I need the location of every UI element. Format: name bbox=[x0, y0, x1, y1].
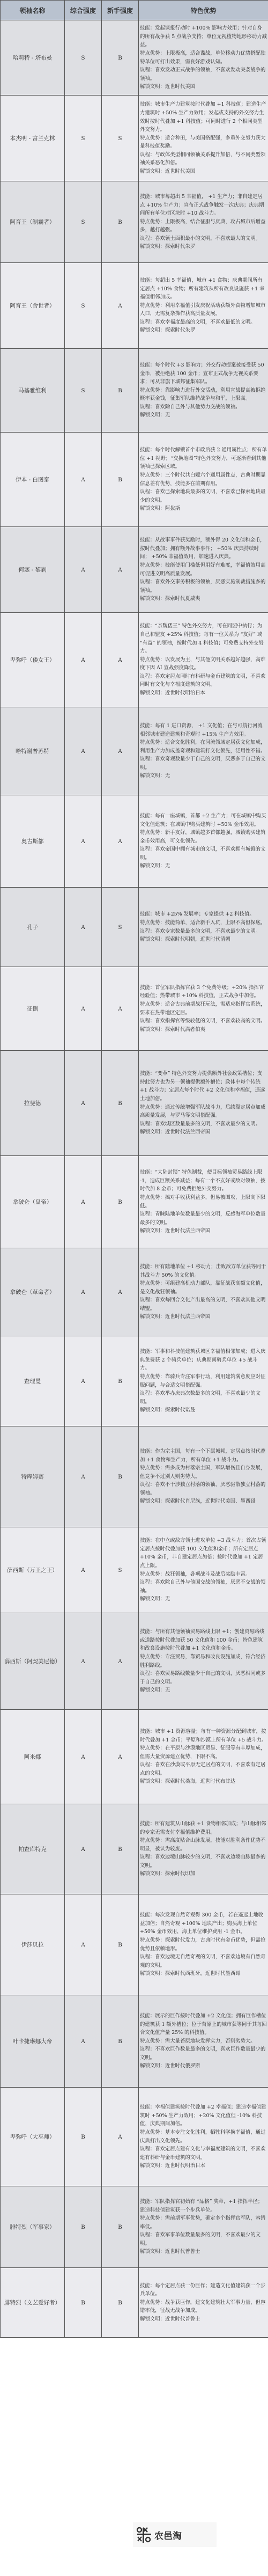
table-row: 何塞 - 黎刹AA技能：从故事事件获奖励时，额外得 20 文化值和金币，按时代叠… bbox=[1, 527, 268, 613]
feature-skill: 技能：城市 +1 资源容量；每有一种资源分配到城市，按时代叠加 +1 金币；平原… bbox=[140, 1728, 267, 1744]
overall-grade: A bbox=[65, 1527, 102, 1613]
leader-name: 马基雅维利 bbox=[1, 349, 65, 433]
feature-unlock: 解锁文明：无 bbox=[140, 411, 267, 420]
newbie-grade: B bbox=[102, 1156, 139, 1248]
feature-description: 技能：在中立或敌方领土进攻单位 +3 战斗力；首次占领定居点按时代叠加获 100… bbox=[139, 1527, 268, 1613]
feature-description: 技能：城市 +1 资源容量；每有一种资源分配到城市，按时代叠加 +1 金币；平原… bbox=[139, 1710, 268, 1804]
overall-grade: A bbox=[65, 1248, 102, 1336]
newbie-grade: B bbox=[102, 2268, 139, 2338]
overall-grade: S bbox=[65, 181, 102, 263]
table-row: 阿育王（制霸者）SB技能：城市每超出 5 幸福值， +1 生产力；非自建定居点 … bbox=[1, 181, 268, 263]
leader-name: 薛西斯（阿契美尼德） bbox=[1, 1613, 65, 1710]
feature-unlock: 解锁文明：近世时代法兰西帝国 bbox=[140, 1313, 267, 1321]
leader-name: 孔子 bbox=[1, 888, 65, 967]
newbie-grade: B bbox=[102, 20, 139, 96]
table-row: 奥古斯都AA技能：每有一座城镇，首都 +2 生产力；可在城镇中购买文化值建筑；在… bbox=[1, 795, 268, 888]
leader-name: 卑弥呼（大巫师） bbox=[1, 2088, 65, 2186]
feature-advantage: 特点优势：可组建高机动力部队，靠征战获高额文化值，是文化战狂领袖。 bbox=[140, 1279, 267, 1296]
feature-agenda: 议程：喜欢奇观数量少于自己的文明，厌恶多于自己的文明。 bbox=[140, 755, 267, 772]
feature-unlock: 解锁文明：近世时代普鲁士 bbox=[140, 2248, 267, 2256]
feature-unlock: 解锁文明：近世时代法兰西帝国 bbox=[140, 1128, 267, 1137]
feature-description: 技能：幸福值建筑按时代叠加 +2 幸福值；建造幸福值建筑时 +50% 生产力效用… bbox=[139, 2088, 268, 2186]
feature-skill: 技能：每个时代解锁首个市政后获 2 通用属性点；所有单位 +1 视野；“交换地图… bbox=[140, 446, 267, 471]
feature-description: 技能：军事和科技值建筑获城区幸福值相邻加成；进入庆典免费获 2 个骑兵单位；庆典… bbox=[139, 1336, 268, 1426]
watermark: 农邑淘 bbox=[133, 2522, 217, 2547]
overall-grade: B bbox=[65, 2088, 102, 2186]
overall-grade: A bbox=[65, 1995, 102, 2088]
newbie-grade: B bbox=[102, 349, 139, 433]
overall-grade: A bbox=[65, 1710, 102, 1804]
feature-skill: 技能：每超出 5 幸福值，城市 +1 食物；庆典期间所有定居点 +10% 食物；… bbox=[140, 276, 267, 302]
feature-advantage: 特点优势：技能使用门槛低但用好有难度，幸福值效用高可促进文明高质量发展。 bbox=[140, 561, 267, 578]
table-row: 伊莎贝拉AB技能：每次发现自然奇观得 300 金币，若在遥远土地收益加倍；自然奇… bbox=[1, 1894, 268, 1995]
newbie-grade: B bbox=[102, 1995, 139, 2088]
table-row: 阿育王（舍世者）SA技能：每超出 5 幸福值，城市 +1 食物；庆典期间所有定居… bbox=[1, 263, 268, 349]
feature-advantage: 特点优势：靠影响力进行外交活动，利用宣战提高被拒绝概率获金钱，征集军队维持战争与… bbox=[140, 386, 267, 403]
feature-unlock: 解锁文明：探索时代肖尼族，近世时代美国、墨西哥 bbox=[140, 1497, 267, 1506]
feature-description: 技能：每次发现自然奇观得 300 金币，若在遥远土地收益加倍；自然奇观 +100… bbox=[139, 1894, 268, 1995]
feature-unlock: 解锁文明：近世时代美国 bbox=[140, 167, 267, 176]
table-row: 伊本 - 白图泰AB技能：每个时代解锁首个市政后获 2 通用属性点；所有单位 +… bbox=[1, 433, 268, 527]
feature-description: 技能：展示的巨作按时代叠加 +2 文化值；拥有巨作槽位的建筑获 1 额外槽位；位… bbox=[139, 1995, 268, 2088]
leader-name: 帕查库特克 bbox=[1, 1804, 65, 1894]
overall-grade: B bbox=[65, 2186, 102, 2268]
leader-name: 卑弥呼（倭女王） bbox=[1, 613, 65, 707]
table-row: 薛西斯（万王之王）AS技能：在中立或敌方领土进攻单位 +3 战斗力；首次占领定居… bbox=[1, 1527, 268, 1613]
feature-description: 技能：发起谍报行动时 +100% 影响力效用；针对自身的所有战争获 5 点战争支… bbox=[139, 20, 268, 96]
overall-grade: A bbox=[65, 613, 102, 707]
feature-advantage: 特点优势：需高度贴合山脉发展，技能对胜利条件优势不明显，被认为较废。 bbox=[140, 1836, 267, 1853]
feature-agenda: 议程：喜欢每回合文化产出最高的文明，不喜欢其他文明结盟。 bbox=[140, 1296, 267, 1313]
feature-description: 技能：每个定居点获一份巨作；建造文化值建筑获一个步兵单位。特点优势：战争获巨作，… bbox=[139, 2268, 268, 2338]
feature-agenda: 议程：喜欢领土面积最小的文明，不喜欢最大的文明。 bbox=[140, 235, 267, 243]
table-row: 本杰明 - 富兰克林SS技能：城市生产力建筑按时代叠加 +1 科技值；建造生产力… bbox=[1, 96, 268, 181]
table-row: 卑弥呼（倭女王）AA技能：“亲魏倭王” 特色外交努力，可在同盟中执行；为自己和盟… bbox=[1, 613, 268, 707]
newbie-grade: A bbox=[102, 707, 139, 795]
newbie-grade: B bbox=[102, 1426, 139, 1527]
feature-skill: 技能：首位军队指挥官获 3 个免费等级；+20% 指挥官经验值；热带城市 +10… bbox=[140, 984, 267, 1000]
feature-unlock: 解锁文明：近世时代美国 bbox=[140, 83, 267, 91]
feature-agenda: 议程：喜欢定居点建有文化与幸福度建筑的文明，不喜欢建有科研与金币建筑的文明。 bbox=[140, 2145, 267, 2162]
feature-description: 技能：每个时代 +3 影响力；外交行动提案被接受获 50 金币，被拒绝获 100… bbox=[139, 349, 268, 433]
feature-skill: 技能：军队指挥官初始有 “品格” 奖章，+1 指挥半径；建造科技值建筑获一个步兵… bbox=[140, 2198, 267, 2214]
feature-agenda: 议程：喜欢专家数量最多的文明，不喜欢最少的文明。 bbox=[140, 927, 267, 936]
feature-skill: 技能：“大陆封锁” 特色制裁，使目标领袖贸易路线上限 -1，造成巨额关系减益；每… bbox=[140, 1168, 267, 1194]
feature-advantage: 特点优势：需前期军事优势，确定多个指挥官军队，容错率低。 bbox=[140, 2214, 267, 2231]
table-row: 阿米娜AA技能：城市 +1 资源容量；每有一种资源分配到城市，按时代叠加 +1 … bbox=[1, 1710, 268, 1804]
feature-agenda: 议程：喜欢边境山脉较少的文明，不喜欢边境山脉最多的文明。 bbox=[140, 1853, 267, 1870]
feature-agenda: 议程：喜欢幸福度最高的文明，不喜欢最低的文明。 bbox=[140, 318, 267, 327]
table-row: 拉斐德AB技能：“变革” 特色外交努力提供额外社会政策槽位；支持此努力也为另一领… bbox=[1, 1051, 268, 1156]
overall-grade: A bbox=[65, 1336, 102, 1426]
feature-skill: 技能：每个时代 +3 影响力；外交行动提案被接受获 50 金币，被拒绝获 100… bbox=[140, 361, 267, 386]
leader-name: 本杰明 - 富兰克林 bbox=[1, 96, 65, 181]
feature-agenda: 议程：喜欢举办庆典次数最多的文明，不喜欢最少的文明。 bbox=[140, 1389, 267, 1406]
feature-unlock: 解锁文明：阿拔斯 bbox=[140, 504, 267, 513]
overall-grade: A bbox=[65, 1156, 102, 1248]
table-row: 特库姆赛AB技能：作为宗主国，每有一个下属城邦，定居点按时代叠加 +1 食物和生… bbox=[1, 1426, 268, 1527]
feature-agenda: 议程：喜欢城区数量最多的文明，不喜欢最少的文明。 bbox=[140, 1120, 267, 1129]
newbie-grade: S bbox=[102, 1527, 139, 1613]
feature-description: 技能：所有陆地单位 +1 移动力；击败敌方单位获等同于其战斗力 50% 的文化值… bbox=[139, 1248, 268, 1336]
feature-unlock: 解锁文明：探索时代满者伯夷 bbox=[140, 1026, 267, 1034]
feature-advantage: 特点优势：通过传统增强军队战斗力，后续靠定居点加成高质量发展，与罗马等文明搭配强… bbox=[140, 1103, 267, 1120]
feature-unlock: 解锁文明：探索时代夏威夷 bbox=[140, 595, 267, 603]
feature-unlock: 解锁文明：探索时代朱罗 bbox=[140, 243, 267, 251]
feature-advantage: 特点优势：专注贸易，靠贸易和改良设施加成，符合经济胜利路线。 bbox=[140, 1653, 267, 1670]
newbie-grade: A bbox=[102, 795, 139, 888]
feature-advantage: 特点优势：技能简单，适合新手入坑，上限不高但保底。 bbox=[140, 919, 267, 927]
watermark-logo-icon bbox=[136, 2526, 152, 2543]
overall-grade: S bbox=[65, 349, 102, 433]
leader-name: 查理曼 bbox=[1, 1336, 65, 1426]
feature-agenda: 议程：喜欢贸易路线数量少于自己的文明，厌恶相同或多于自己的文明。 bbox=[140, 1670, 267, 1686]
feature-unlock: 解锁文明：探索时代西班牙，近世时代墨西哥 bbox=[140, 1970, 267, 1978]
overall-grade: A bbox=[65, 795, 102, 888]
feature-skill: 技能：作为宗主国，每有一个下属城邦，定居点按时代叠加 +1 食物和生产力，所有单… bbox=[140, 1447, 267, 1464]
feature-description: 技能：作为宗主国，每有一个下属城邦，定居点按时代叠加 +1 食物和生产力，所有单… bbox=[139, 1426, 268, 1527]
feature-unlock: 解锁文明：近世时代普鲁士 bbox=[140, 2315, 267, 2324]
feature-agenda: 议程：不喜欢巨作数量最多的文明，喜欢巨作数量最少的文明。 bbox=[140, 2045, 267, 2062]
feature-advantage: 特点优势：适合古典前期战狂玩法，需适应指挥官系统，要求在热带地区定居。 bbox=[140, 1000, 267, 1017]
feature-skill: 技能：与所有其他领袖贸易路线上限 +1；创建贸易路线或道路按时代叠加获 50 文… bbox=[140, 1628, 267, 1653]
leader-name: 伊莎贝拉 bbox=[1, 1894, 65, 1995]
feature-skill: 技能：在中立或敌方领土进攻单位 +3 战斗力；首次占领定居点按时代叠加获 100… bbox=[140, 1536, 267, 1570]
overall-grade: A bbox=[65, 888, 102, 967]
newbie-grade: B bbox=[102, 2186, 139, 2268]
feature-skill: 技能：城市 +25% 发展率；专家提供 +2 科技值。 bbox=[140, 910, 267, 919]
overall-grade: A bbox=[65, 433, 102, 527]
leader-tier-table: 领袖名称 综合强度 新手强度 特色优势 哈莉特 - 塔布曼SB技能：发起谍报行动… bbox=[0, 0, 268, 2338]
feature-advantage: 特点优势：靠骑兵专注军事行动，利用建筑满意度应对征服问题，与合适文明搭配强。 bbox=[140, 1373, 267, 1389]
feature-skill: 技能：军事和科技值建筑获城区幸福值相邻加成；进入庆典免费获 2 个骑兵单位；庆典… bbox=[140, 1348, 267, 1373]
feature-agenda: 议程：喜欢已探索地块最多的文明，不喜欢已探索地块最少的文明。 bbox=[140, 488, 267, 504]
table-row: 哈特谢普苏特AA技能：每有 1 进口资源， +1 文化值；在与可航行河流相邻城市… bbox=[1, 707, 268, 795]
feature-description: 技能：“亲魏倭王” 特色外交努力，可在同盟中执行；为自己和盟友 +25% 科技值… bbox=[139, 613, 268, 707]
feature-description: 技能：城市生产力建筑按时代叠加 +1 科技值；建造生产力建筑时 +50% 生产力… bbox=[139, 96, 268, 181]
feature-agenda: 议程：青睐陆地单位数量最少的文明，反感海军单位数量最多的文明。 bbox=[140, 1210, 267, 1227]
feature-skill: 技能：每有 1 进口资源， +1 文化值；在与可航行河流相邻城市建造建筑和奇观时… bbox=[140, 722, 267, 738]
table-row: 征侧AA技能：首位军队指挥官获 3 个免费等级；+20% 指挥官经验值；热带城市… bbox=[1, 967, 268, 1051]
feature-description: 技能：每有 1 进口资源， +1 文化值；在与可航行河流相邻城市建造建筑和奇观时… bbox=[139, 707, 268, 795]
newbie-grade: A bbox=[102, 2088, 139, 2186]
feature-skill: 技能：每有一座城镇，首都 +2 生产力；可在城镇中购买文化值建筑；在城镇中购买建… bbox=[140, 812, 267, 829]
feature-description: 技能：城市 +25% 发展率；专家提供 +2 科技值。特点优势：技能简单，适合新… bbox=[139, 888, 268, 967]
feature-description: 技能：军队指挥官初始有 “品格” 奖章，+1 指挥半径；建造科技值建筑获一个步兵… bbox=[139, 2186, 268, 2268]
feature-advantage: 特点优势：三个时代共白嫖六个通用属性点，古典时期靠信息差有优势，技能多在前期有用… bbox=[140, 471, 267, 488]
leader-name: 拉斐德 bbox=[1, 1051, 65, 1156]
newbie-grade: A bbox=[102, 263, 139, 349]
feature-description: 技能：所有建筑从山脉获 +1 食物相邻加成；与山脉相邻的专家无需支付幸福值维护费… bbox=[139, 1804, 268, 1894]
feature-description: 技能：每个时代解锁首个市政后获 2 通用属性点；所有单位 +1 视野；“交换地图… bbox=[139, 433, 268, 527]
newbie-grade: B bbox=[102, 1804, 139, 1894]
feature-advantage: 特点优势：探索时代发力，古典时代有金币优势，但需抢优势且依赖地形。 bbox=[140, 1936, 267, 1953]
overall-grade: A bbox=[65, 1804, 102, 1894]
table-row: 腓特烈（军事家）BB技能：军队指挥官初始有 “品格” 奖章，+1 指挥半径；建造… bbox=[1, 2186, 268, 2268]
feature-advantage: 特点优势：新手友好，城镇越多首都越强，城镇购买建筑金币效用高，可文化领先。 bbox=[140, 829, 267, 845]
feature-agenda: 议程：与政体类型相同领袖关系提升加倍，与不同类型领袖关系恶化加倍。 bbox=[140, 151, 267, 167]
table-row: 帕查库特克AB技能：所有建筑从山脉获 +1 食物相邻加成；与山脉相邻的专家无需支… bbox=[1, 1804, 268, 1894]
newbie-grade: B bbox=[102, 1051, 139, 1156]
newbie-grade: B bbox=[102, 433, 139, 527]
feature-skill: 技能：展示的巨作按时代叠加 +2 文化值；拥有巨作槽位的建筑获 1 额外槽位；位… bbox=[140, 2012, 267, 2037]
feature-skill: 技能：每个定居点获一份巨作；建造文化值建筑获一个步兵单位。 bbox=[140, 2282, 267, 2299]
feature-unlock: 解锁文明：探索时代诺曼 bbox=[140, 1406, 267, 1415]
leader-name: 奥古斯都 bbox=[1, 795, 65, 888]
feature-agenda: 议程：喜欢除自己外与他国交战的领袖，厌恶不交战的领袖。 bbox=[140, 1578, 267, 1595]
feature-unlock: 解锁文明：探索时代桑海，近世时代布甘达 bbox=[140, 1777, 267, 1786]
feature-skill: 技能：所有建筑从山脉获 +1 食物相邻加成；与山脉相邻的专家无需支付幸福值维护费… bbox=[140, 1820, 267, 1836]
feature-advantage: 特点优势：利用幸福值引发庆祝活动获额外食物增加城市人口，无需复杂操作获高质量发展… bbox=[140, 302, 267, 318]
leader-name: 阿米娜 bbox=[1, 1710, 65, 1804]
feature-unlock: 解锁文明：探索时代朱罗 bbox=[140, 326, 267, 335]
newbie-grade: B bbox=[102, 1894, 139, 1995]
feature-agenda: 议程：喜欢在沙漠或平原无定居点的文明，不喜欢有定居点的文明。 bbox=[140, 1761, 267, 1777]
feature-unlock: 解锁文明：无 bbox=[140, 1595, 267, 1604]
leader-name: 拿破仑（革命者） bbox=[1, 1248, 65, 1336]
feature-description: 技能：首位军队指挥官获 3 个免费等级；+20% 指挥官经验值；热带城市 +10… bbox=[139, 967, 268, 1051]
table-row: 腓特烈（文艺爱好者）BB技能：每个定居点获一份巨作；建造文化值建筑获一个步兵单位… bbox=[1, 2268, 268, 2338]
leader-name: 拿破仑（皇帝） bbox=[1, 1156, 65, 1248]
feature-agenda: 议程：喜欢除自己外与其他势力交战的领袖。 bbox=[140, 403, 267, 412]
feature-skill: 技能：“亲魏倭王” 特色外交努力，可在同盟中执行；为自己和盟友 +25% 科技值… bbox=[140, 622, 267, 655]
overall-grade: A bbox=[65, 1894, 102, 1995]
overall-grade: A bbox=[65, 527, 102, 613]
leader-name: 腓特烈（军事家） bbox=[1, 2186, 65, 2268]
table-row: 查理曼AB技能：军事和科技值建筑获城区幸福值相邻加成；进入庆典免费获 2 个骑兵… bbox=[1, 1336, 268, 1426]
leader-name: 哈特谢普苏特 bbox=[1, 707, 65, 795]
table-row: 卑弥呼（大巫师）BA技能：幸福值建筑按时代叠加 +2 幸福值；建造幸福值建筑时 … bbox=[1, 2088, 268, 2186]
leader-name: 腓特烈（文艺爱好者） bbox=[1, 2268, 65, 2338]
leader-name: 阿育王（舍世者） bbox=[1, 263, 65, 349]
leader-name: 阿育王（制霸者） bbox=[1, 181, 65, 263]
overall-grade: S bbox=[65, 20, 102, 96]
feature-advantage: 特点优势：适合文化胜利，在河流领域定居获文化加成，利用生产力加成盖奇观和建筑打文… bbox=[140, 738, 267, 755]
header-newbie-strength: 新手强度 bbox=[102, 1, 139, 20]
feature-unlock: 解锁文明：近世时代俄罗斯 bbox=[140, 2062, 267, 2070]
newbie-grade: S bbox=[102, 96, 139, 181]
newbie-grade: A bbox=[102, 1613, 139, 1710]
overall-grade: A bbox=[65, 1051, 102, 1156]
feature-advantage: 特点优势：搞对手收获利益多，但易被围攻，上限高下限低。 bbox=[140, 1194, 267, 1210]
newbie-grade: A bbox=[102, 1710, 139, 1804]
leader-name: 哈莉特 - 塔布曼 bbox=[1, 20, 65, 96]
feature-advantage: 特点优势：在平原与沙漠地区贸易、征服等有丰厚加成，但需大量资源建立优势，下限不高… bbox=[140, 1744, 267, 1761]
feature-advantage: 特点优势：需大量苔原地块发挥实力，否则劣势大。 bbox=[140, 2037, 267, 2046]
feature-agenda: 议程：喜欢边境无自然奇观的文明，不喜欢边境有自然奇观的文明。 bbox=[140, 1953, 267, 1970]
feature-advantage: 特点优势：以发展为主，与其他文明关系越好越强，高难度下因 AI 宣战强度降低。 bbox=[140, 656, 267, 672]
feature-skill: 技能：每次发现自然奇观得 300 金币，若在遥远土地收益加倍；自然奇观 +100… bbox=[140, 1911, 267, 1936]
feature-unlock: 解锁文明：近世时代法兰西帝国 bbox=[140, 1227, 267, 1235]
feature-skill: 技能：发起谍报行动时 +100% 影响力效用；针对自身的所有战争获 5 点战争支… bbox=[140, 24, 267, 49]
newbie-grade: A bbox=[102, 967, 139, 1051]
overall-grade: S bbox=[65, 263, 102, 349]
newbie-grade: S bbox=[102, 888, 139, 967]
newbie-grade: A bbox=[102, 527, 139, 613]
overall-grade: A bbox=[65, 1613, 102, 1710]
feature-description: 技能：每超出 5 幸福值，城市 +1 食物；庆典期间所有定居点 +10% 食物；… bbox=[139, 263, 268, 349]
feature-agenda: 议程：喜欢帝国中拥有城市的文明，不喜欢拥有城镇的文明。 bbox=[140, 845, 267, 862]
feature-agenda: 议程：喜欢外交事务积极的领袖，厌恶实施制裁措施多的领袖。 bbox=[140, 578, 267, 595]
header-leader-name: 领袖名称 bbox=[1, 1, 65, 20]
feature-unlock: 解锁文明：无 bbox=[140, 772, 267, 780]
feature-agenda: 议程：喜欢发动正式战争的领袖，不喜欢发动突袭战争的领袖。 bbox=[140, 66, 267, 83]
table-row: 马基雅维利SB技能：每个时代 +3 影响力；外交行动提案被接受获 50 金币，被… bbox=[1, 349, 268, 433]
overall-grade: A bbox=[65, 707, 102, 795]
feature-advantage: 特点优势：基本专注文化胜利，牺牲科学换幸福值，通过庆典打出文化领先。 bbox=[140, 2128, 267, 2145]
feature-unlock: 解锁文明：探索时代明朝，近世时代清朝 bbox=[140, 935, 267, 944]
table-row: 拿破仑（皇帝）AB技能：“大陆封锁” 特色制裁，使目标领袖贸易路线上限 -1，造… bbox=[1, 1156, 268, 1248]
leader-name: 何塞 - 黎刹 bbox=[1, 527, 65, 613]
feature-unlock: 解锁文明：近世时代明治日本 bbox=[140, 689, 267, 698]
feature-skill: 技能：城市每超出 5 幸福值， +1 生产力；非自建定居点 +10% 生产力；宣… bbox=[140, 193, 267, 218]
table-row: 哈莉特 - 塔布曼SB技能：发起谍报行动时 +100% 影响力效用；针对自身的所… bbox=[1, 20, 268, 96]
newbie-grade: A bbox=[102, 613, 139, 707]
feature-advantage: 特点优势：上限极高，结合征服与庆典，攻占城市后增益多，越打越强。 bbox=[140, 218, 267, 235]
feature-advantage: 特点优势：战争获巨作，建文化建筑壮大军事力量，但容错率低，征战无战争加成。 bbox=[140, 2299, 267, 2315]
feature-advantage: 特点优势：适合种田，与美国搭配强，多重外交努力获大量科技值奖励。 bbox=[140, 134, 267, 151]
feature-advantage: 特点优势：需多成为村落宗主国，军队增伤且自身发展，但竞争不过别人则劣势大。 bbox=[140, 1464, 267, 1481]
feature-description: 技能：“变革” 特色外交努力提供额外社会政策槽位；支持此努力也为另一领袖提供额外… bbox=[139, 1051, 268, 1156]
table-row: 孔子AS技能：城市 +25% 发展率；专家提供 +2 科技值。特点优势：技能简单… bbox=[1, 888, 268, 967]
feature-agenda: 议程：喜欢指挥官等级较低的文明，不喜欢较高的文明。 bbox=[140, 1017, 267, 1026]
feature-description: 技能：每有一座城镇，首都 +2 生产力；可在城镇中购买文化值建筑；在城镇中购买建… bbox=[139, 795, 268, 888]
table-row: 拿破仑（革命者）AA技能：所有陆地单位 +1 移动力；击败敌方单位获等同于其战斗… bbox=[1, 1248, 268, 1336]
newbie-grade: A bbox=[102, 1248, 139, 1336]
newbie-grade: B bbox=[102, 181, 139, 263]
table-header-row: 领袖名称 综合强度 新手强度 特色优势 bbox=[1, 1, 268, 20]
watermark-text: 农邑淘 bbox=[154, 2528, 182, 2542]
table-row: 叶卡捷琳娜大帝AB技能：展示的巨作按时代叠加 +2 文化值；拥有巨作槽位的建筑获… bbox=[1, 1995, 268, 2088]
feature-description: 技能：与所有其他领袖贸易路线上限 +1；创建贸易路线或道路按时代叠加获 50 文… bbox=[139, 1613, 268, 1710]
feature-agenda: 议程：喜欢定居点同时有科研与金币建筑的文明，不喜欢同时有文化与幸福度建筑的文明。 bbox=[140, 672, 267, 689]
feature-agenda: 议程：喜欢不干涉独立村落的领袖，厌恶驱散独立村落的领袖。 bbox=[140, 1481, 267, 1497]
newbie-grade: B bbox=[102, 1336, 139, 1426]
feature-skill: 技能：所有陆地单位 +1 移动力；击败敌方单位获等同于其战斗力 50% 的文化值… bbox=[140, 1263, 267, 1279]
overall-grade: A bbox=[65, 1426, 102, 1527]
feature-unlock: 解锁文明：近世时代明治日本 bbox=[140, 2162, 267, 2170]
leader-name: 伊本 - 白图泰 bbox=[1, 433, 65, 527]
feature-skill: 技能：“变革” 特色外交努力提供额外社会政策槽位；支持此努力也为另一领袖提供额外… bbox=[140, 1070, 267, 1103]
feature-unlock: 解锁文明：无 bbox=[140, 1686, 267, 1695]
feature-skill: 技能：从故事事件获奖励时，额外得 20 文化值和金币，按时代叠加；拥有额外故事事… bbox=[140, 536, 267, 561]
feature-advantage: 特点优势：战狂领袖，各项战斗及战后奖励丰富。 bbox=[140, 1570, 267, 1579]
feature-advantage: 特点优势：上限极高，适合谍战，单位移动力优势搭配独特单位可打出效果，需良好游戏认… bbox=[140, 49, 267, 66]
feature-unlock: 解锁文明：探索时代印加 bbox=[140, 1870, 267, 1878]
feature-skill: 技能：幸福值建筑按时代叠加 +2 幸福值；建造幸福值建筑时 +50% 生产力效用… bbox=[140, 2103, 267, 2128]
feature-description: 技能：从故事事件获奖励时，额外得 20 文化值和金币，按时代叠加；拥有额外故事事… bbox=[139, 527, 268, 613]
header-overall-strength: 综合强度 bbox=[65, 1, 102, 20]
leader-name: 征侧 bbox=[1, 967, 65, 1051]
leader-name: 薛西斯（万王之王） bbox=[1, 1527, 65, 1613]
overall-grade: B bbox=[65, 2268, 102, 2338]
overall-grade: A bbox=[65, 967, 102, 1051]
header-features: 特色优势 bbox=[139, 1, 268, 20]
feature-unlock: 解锁文明：无 bbox=[140, 862, 267, 870]
feature-skill: 技能：城市生产力建筑按时代叠加 +1 科技值；建造生产力建筑时 +50% 生产力… bbox=[140, 100, 267, 134]
feature-description: 技能：城市每超出 5 幸福值， +1 生产力；非自建定居点 +10% 生产力；宣… bbox=[139, 181, 268, 263]
leader-name: 特库姆赛 bbox=[1, 1426, 65, 1527]
table-row: 薛西斯（阿契美尼德）AA技能：与所有其他领袖贸易路线上限 +1；创建贸易路线或道… bbox=[1, 1613, 268, 1710]
leader-name: 叶卡捷琳娜大帝 bbox=[1, 1995, 65, 2088]
feature-description: 技能：“大陆封锁” 特色制裁，使目标领袖贸易路线上限 -1，造成巨额关系减益；每… bbox=[139, 1156, 268, 1248]
overall-grade: S bbox=[65, 96, 102, 181]
feature-agenda: 议程：喜欢军事单位数量最多的文明，不喜欢最少的文明。 bbox=[140, 2231, 267, 2248]
